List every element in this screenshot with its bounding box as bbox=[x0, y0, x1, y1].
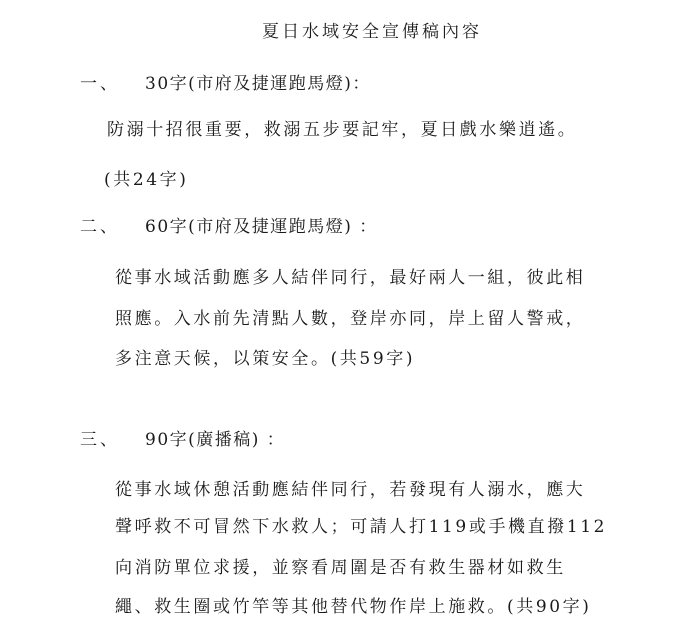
section-1-line-1: 防溺十招很重要，救溺五步要記牢，夏日戲水樂逍遙。 bbox=[107, 119, 577, 141]
section-1-marker: 一、 bbox=[80, 73, 120, 95]
section-2-line-1: 從事水域活動應多人結伴同行，最好兩人一組，彼此相 bbox=[115, 267, 585, 289]
section-2-heading: 60字(市府及捷運跑馬燈) ： bbox=[145, 216, 378, 238]
section-3-heading: 90字(廣播稿) ： bbox=[145, 429, 285, 451]
section-2-line-2: 照應。入水前先清點人數，登岸亦同，岸上留人警戒， bbox=[115, 308, 585, 330]
section-3-line-2: 聲呼救不可冒然下水救人；可請人打119或手機直撥112 bbox=[115, 516, 607, 538]
section-3-line-4: 繩、救生圈或竹竿等其他替代物作岸上施救。(共90字) bbox=[115, 596, 592, 618]
section-3-marker: 三、 bbox=[80, 429, 120, 451]
section-2-marker: 二、 bbox=[80, 216, 120, 238]
section-3-line-3: 向消防單位求援，並察看周圍是否有救生器材如救生 bbox=[115, 557, 566, 579]
section-3-line-1: 從事水域休憩活動應結伴同行，若發現有人溺水，應大 bbox=[115, 479, 585, 501]
section-1-line-2: (共24字) bbox=[104, 169, 189, 191]
section-2-line-3: 多注意天候，以策安全。(共59字) bbox=[115, 348, 415, 370]
document-title: 夏日水域安全宣傳稿內容 bbox=[262, 21, 482, 43]
section-1-heading: 30字(市府及捷運跑馬燈)： bbox=[145, 73, 371, 95]
